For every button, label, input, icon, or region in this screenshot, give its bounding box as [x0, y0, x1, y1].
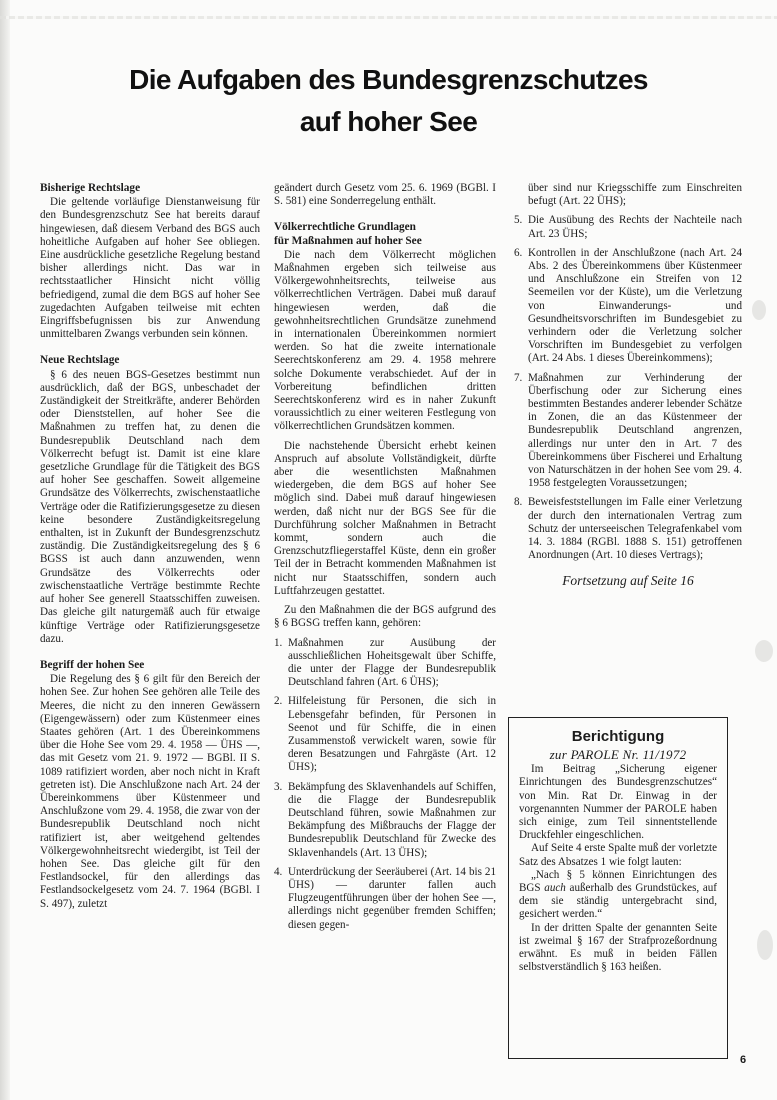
section-heading-neue: Neue Rechtslage: [40, 354, 260, 367]
quote-emphasis: auch: [544, 882, 566, 894]
item-text: Hilfeleistung für Personen, die sich in …: [288, 695, 496, 773]
item-text: Bekämpfung des Sklavenhandels auf Schiff…: [288, 781, 496, 859]
list-item-continued: über sind nur Kriegsschiffe zum Einschre…: [514, 182, 742, 208]
paragraph-begriff-continued: geändert durch Gesetz vom 25. 6. 1969 (B…: [274, 182, 496, 208]
correction-paragraph-1: Im Beitrag „Sicherung eigener Einrichtun…: [519, 763, 717, 842]
list-item: 4.Unterdrückung der Seeräuberei (Art. 14…: [274, 866, 496, 932]
scan-speck: [752, 300, 766, 320]
list-item: 1.Maßnahmen zur Ausübung der ausschließl…: [274, 637, 496, 690]
continuation-note: Fortsetzung auf Seite 16: [514, 574, 742, 587]
paragraph-voelkerrecht-3: Zu den Maßnahmen die der BGS aufgrund de…: [274, 604, 496, 630]
correction-quote: „Nach § 5 können Einrichtungen des BGS a…: [519, 869, 717, 922]
item-number: 3.: [274, 781, 282, 794]
scan-edge-shadow: [0, 0, 10, 1100]
scan-top-artifact: [0, 16, 777, 19]
paragraph-voelkerrecht-1: Die nach dem Völkerrecht möglichen Maßna…: [274, 249, 496, 434]
paragraph-begriff: Die Regelung des § 6 gilt für den Bereic…: [40, 673, 260, 911]
article-title-line-1: Die Aufgaben des Bundesgrenzschutzes: [0, 58, 777, 102]
correction-title: Berichtigung: [519, 728, 717, 746]
list-item: 5.Die Ausübung des Rechts der Nachteile …: [514, 214, 742, 240]
item-text: Maßnahmen zur Verhinderung der Überfisch…: [528, 372, 742, 490]
item-text: Die Ausübung des Rechts der Nachteile na…: [528, 214, 742, 239]
item-text: Beweisfeststellungen im Falle einer Verl…: [528, 496, 742, 561]
list-item: 2.Hilfeleistung für Personen, die sich i…: [274, 695, 496, 774]
list-item: 7.Maßnahmen zur Verhinderung der Überfis…: [514, 372, 742, 491]
correction-subtitle: zur PAROLE Nr. 11/1972: [519, 748, 717, 761]
scan-speck: [755, 640, 773, 662]
section-heading-bisherige: Bisherige Rechtslage: [40, 182, 260, 195]
column-1: Bisherige Rechtslage Die geltende vorläu…: [40, 182, 260, 911]
item-number: 2.: [274, 695, 282, 708]
item-number: 6.: [514, 247, 522, 260]
correction-paragraph-2: Auf Seite 4 erste Spalte muß der vorletz…: [519, 842, 717, 868]
page-number: 6: [740, 1054, 746, 1066]
correction-paragraph-3: In der dritten Spalte der genannten Seit…: [519, 922, 717, 975]
paragraph-neue: § 6 des neuen BGS-Gesetzes bestimmt nun …: [40, 369, 260, 646]
item-text: über sind nur Kriegsschiffe zum Einschre…: [528, 182, 742, 207]
column-3: über sind nur Kriegsschiffe zum Einschre…: [514, 182, 742, 588]
item-number: 1.: [274, 637, 282, 650]
item-number: 8.: [514, 496, 522, 509]
measures-list-part-2: über sind nur Kriegsschiffe zum Einschre…: [514, 182, 742, 562]
paragraph-voelkerrecht-2: Die nachstehende Übersicht erhebt keinen…: [274, 440, 496, 598]
item-number: 5.: [514, 214, 522, 227]
paragraph-bisherige: Die geltende vorläufige Dienstanweisung …: [40, 196, 260, 341]
list-item: 8.Beweisfeststellungen im Falle einer Ve…: [514, 496, 742, 562]
list-item: 3.Bekämpfung des Sklavenhandels auf Schi…: [274, 781, 496, 860]
heading-line-1: Völkerrechtliche Grundlagen: [274, 221, 416, 233]
item-number: 7.: [514, 372, 522, 385]
item-text: Kontrollen in der Anschlußzone (nach Art…: [528, 247, 742, 365]
measures-list-part-1: 1.Maßnahmen zur Ausübung der ausschließl…: [274, 637, 496, 932]
heading-line-2: für Maßnahmen auf hoher See: [274, 235, 422, 247]
item-text: Maßnahmen zur Ausübung der ausschließlic…: [288, 637, 496, 689]
item-text: Unterdrückung der Seeräuberei (Art. 14 b…: [288, 866, 496, 931]
article-title-line-2: auf hoher See: [0, 100, 777, 144]
section-heading-begriff: Begriff der hohen See: [40, 659, 260, 672]
scan-speck: [757, 930, 773, 960]
column-2: geändert durch Gesetz vom 25. 6. 1969 (B…: [274, 182, 496, 938]
correction-box: Berichtigung zur PAROLE Nr. 11/1972 Im B…: [508, 717, 728, 1059]
section-heading-voelkerrecht: Völkerrechtliche Grundlagen für Maßnahme…: [274, 221, 496, 247]
list-item: 6.Kontrollen in der Anschlußzone (nach A…: [514, 247, 742, 366]
item-number: 4.: [274, 866, 282, 879]
